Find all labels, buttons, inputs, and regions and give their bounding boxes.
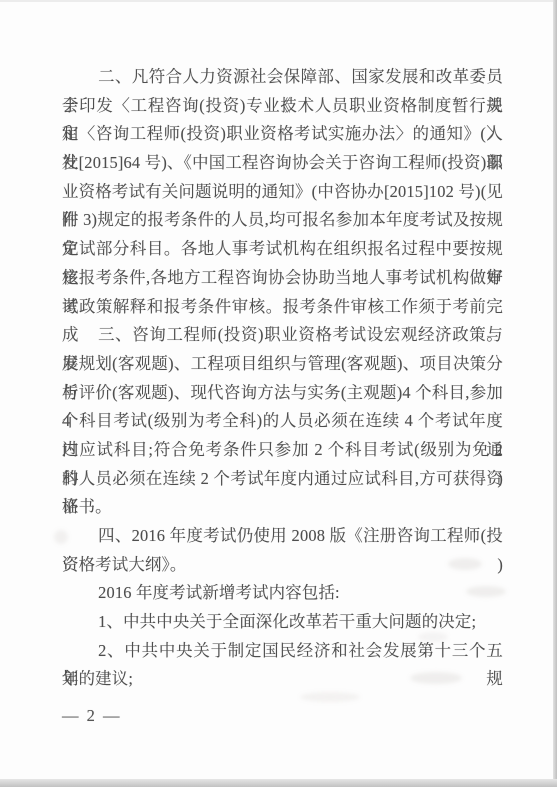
document-line: 与评价(客观题)、现代咨询方法与实务(主观题)4 个科目,参加 4	[62, 379, 503, 408]
document-line: 的人员必须在连续 2 个考试年度内通过应试科目,方可获得资格	[62, 465, 503, 494]
document-line: 展规划(客观题)、工程项目组织与管理(客观题)、项目决策分析	[62, 350, 503, 379]
scanned-document-page: 二、凡符合人力资源社会保障部、国家发展和改革委员会《关于印发〈工程咨询(投资)专…	[0, 0, 557, 787]
document-line: 四、2016 年度考试仍使用 2008 版《注册咨询工程师(投资)	[62, 522, 503, 551]
document-line: 个科目考试(级别为考全科)的人员必须在连续 4 个考试年度内通	[62, 407, 503, 436]
document-body: 二、凡符合人力资源社会保障部、国家发展和改革委员会《关于印发〈工程咨询(投资)专…	[62, 63, 503, 694]
document-line: 试政策解释和报考条件审核。报考条件审核工作须于考前完成。	[62, 293, 503, 322]
document-line: 于印发〈工程咨询(投资)专业技术人员职业资格制度暂行规定〉	[62, 92, 503, 121]
document-line: 2、中共中央关于制定国民经济和社会发展第十三个五年规	[62, 637, 503, 666]
document-line: 业资格考试有关问题说明的通知》(中咨协办[2015]102 号)(见附	[62, 178, 503, 207]
document-line: 2016 年度考试新增考试内容包括:	[62, 579, 503, 608]
document-line: 三、咨询工程师(投资)职业资格考试设宏观经济政策与发	[62, 321, 503, 350]
document-line: 二、凡符合人力资源社会保障部、国家发展和改革委员会《关	[62, 63, 503, 92]
document-line: 发[2015]64 号)、《中国工程咨询协会关于咨询工程师(投资)职	[62, 149, 503, 178]
document-line: 证书。	[62, 493, 503, 522]
scan-edge-right	[553, 0, 557, 787]
document-line: 1、中共中央关于全面深化改革若干重大问题的决定;	[62, 608, 503, 637]
document-line: 过应试科目;符合免考条件只参加 2 个科目考试(级别为免 2 科)	[62, 436, 503, 465]
page-footer: — 2 —	[62, 694, 503, 731]
document-line: 免试部分科目。各地人事考试机构在组织报名过程中要按规定审	[62, 235, 503, 264]
document-line: 和〈咨询工程师(投资)职业资格考试实施办法〉的通知》(人社部	[62, 120, 503, 149]
page-number: — 2 —	[62, 702, 503, 731]
scan-edge-top	[0, 0, 557, 2]
document-line: 件 3)规定的报考条件的人员,均可报名参加本年度考试及按规定	[62, 206, 503, 235]
scan-edge-bottom	[0, 779, 557, 787]
document-line: 核报考条件,各地方工程咨询协会协助当地人事考试机构做好考	[62, 264, 503, 293]
